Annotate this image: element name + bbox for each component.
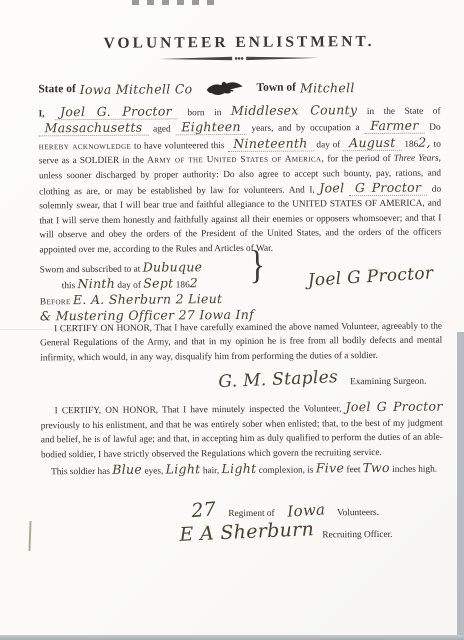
period-term: Three Years, bbox=[394, 154, 441, 164]
fold-crease bbox=[0, 329, 170, 330]
period-label: for the period of bbox=[327, 154, 390, 164]
mustering-officer-entry: E. A. Sherburn 2 Lieut bbox=[73, 291, 222, 307]
sworn-brace: } bbox=[249, 258, 264, 271]
home-state-entry: Massachusetts bbox=[39, 120, 149, 137]
soldier-has-label: This soldier has bbox=[51, 467, 110, 477]
title-divider-ornament bbox=[38, 53, 440, 65]
surgeon-signature: G. M. Staples bbox=[218, 367, 338, 392]
recruiter-certificate: I CERTIFY, ON HONOR, That I have minutel… bbox=[41, 400, 443, 462]
inches-label: inches high. bbox=[392, 464, 437, 474]
mustering-officer-line2: & Mustering Officer 27 Iowa Inf bbox=[40, 307, 254, 323]
eagle-stamp-icon bbox=[202, 77, 246, 99]
army-smallcaps: Army of the United States of America, bbox=[147, 155, 324, 166]
inspected-volunteer-name: Joel G Proctor bbox=[346, 399, 443, 415]
volunteered-label: volunteered this bbox=[164, 141, 224, 151]
recruiting-officer-label: Recruiting Officer. bbox=[322, 530, 392, 540]
years-label: years, and by bbox=[251, 124, 305, 134]
recruiting-officer-line: E A Sherburn Recruiting Officer. bbox=[179, 519, 443, 543]
scanned-document: VOLUNTEER ENLISTMENT. State of Iowa Mitc… bbox=[0, 0, 464, 640]
age-entry: Eighteen bbox=[175, 119, 247, 135]
complexion-label: complexion, is bbox=[259, 465, 314, 475]
state-of-label: in the State of bbox=[367, 107, 441, 118]
sworn-block: Sworn and subscribed to at Dubuque this … bbox=[40, 259, 442, 318]
and-i-name-entry: Joel bbox=[319, 180, 344, 195]
name-repeat-entry: G Proctor bbox=[349, 180, 427, 197]
sworn-this-label: this bbox=[62, 281, 76, 291]
enlist-month-entry: August bbox=[343, 135, 401, 151]
document-title: VOLUNTEER ENLISTMENT. bbox=[38, 33, 440, 54]
recruiter-cert-post: previously to his enlistment, and that h… bbox=[41, 418, 443, 460]
year-written-entry: 2, bbox=[418, 134, 431, 149]
paper: VOLUNTEER ENLISTMENT. State of Iowa Mitc… bbox=[0, 0, 464, 640]
scan-edge-bottom bbox=[0, 635, 464, 640]
eyes-entry: Blue bbox=[112, 462, 142, 477]
enlist-day-entry: Nineteenth bbox=[227, 135, 313, 152]
recruiting-officer-signature: E A Sherburn bbox=[179, 518, 320, 546]
volunteers-label: Volunteers. bbox=[337, 508, 379, 518]
sworn-day-entry: Ninth bbox=[77, 276, 115, 291]
sworn-day-of-label: day of bbox=[117, 281, 141, 291]
day-of-label: day of bbox=[316, 140, 340, 150]
hair-label: hair, bbox=[203, 466, 219, 476]
soldier-description-line: This soldier has Blue eyes, Light hair, … bbox=[41, 459, 443, 480]
feet-entry: Five bbox=[316, 460, 344, 475]
scan-edge-right bbox=[457, 332, 464, 640]
feet-label: feet bbox=[346, 465, 360, 475]
birthplace-entry: Middlesex County bbox=[231, 102, 357, 118]
regiment-label: Regiment of bbox=[228, 509, 274, 519]
hair-entry: Light bbox=[166, 461, 201, 476]
town-label: Town of bbox=[256, 82, 296, 94]
before-label: Before bbox=[40, 297, 71, 307]
acknowledge-smallcaps: hereby acknowledge bbox=[39, 142, 131, 153]
soldier-clause: as a SOLDIER in the bbox=[62, 156, 144, 167]
occupation-label: occupation a bbox=[310, 124, 360, 134]
regiment-number-entry: 27 bbox=[191, 498, 217, 522]
surgeon-signature-label: Examining Surgeon. bbox=[350, 377, 426, 388]
surgeon-signature-row: G. M. Staples Examining Surgeon. bbox=[218, 369, 442, 397]
sworn-at-label: Sworn and subscribed to at bbox=[40, 265, 141, 276]
inches-entry: Two bbox=[363, 460, 390, 475]
surgeon-certificate: I CERTIFY ON HONOR, That I have carefull… bbox=[40, 320, 442, 366]
state-entry: Iowa Mitchell Co bbox=[80, 81, 193, 97]
state-label: State of bbox=[38, 83, 75, 95]
year-printed: 186 bbox=[404, 140, 418, 150]
eyes-label: eyes, bbox=[144, 466, 163, 476]
sworn-month-entry: Sept bbox=[143, 275, 173, 290]
sworn-place-entry: Dubuque bbox=[143, 259, 203, 274]
i-label: I, bbox=[39, 109, 45, 119]
occupation-entry: Farmer bbox=[364, 118, 424, 134]
aged-label: aged bbox=[153, 125, 171, 135]
town-entry: Mitchell bbox=[300, 80, 355, 95]
acknowledge-pre: Do bbox=[429, 123, 440, 133]
acknowledge-post: to have bbox=[134, 141, 162, 151]
complexion-entry: Light bbox=[221, 461, 256, 476]
state-town-line: State of Iowa Mitchell Co Town of Mitche… bbox=[38, 76, 440, 101]
volunteer-name-entry: Joel G. Proctor bbox=[54, 103, 178, 120]
sworn-year-written: 2 bbox=[190, 275, 198, 290]
born-label: born in bbox=[187, 108, 221, 118]
sworn-year-printed: 186 bbox=[176, 280, 190, 290]
recruiter-cert-pre: I CERTIFY, ON HONOR, That I have minutel… bbox=[55, 405, 342, 417]
enlistment-paragraph: I, Joel G. Proctor born in Middlesex Cou… bbox=[38, 103, 441, 258]
